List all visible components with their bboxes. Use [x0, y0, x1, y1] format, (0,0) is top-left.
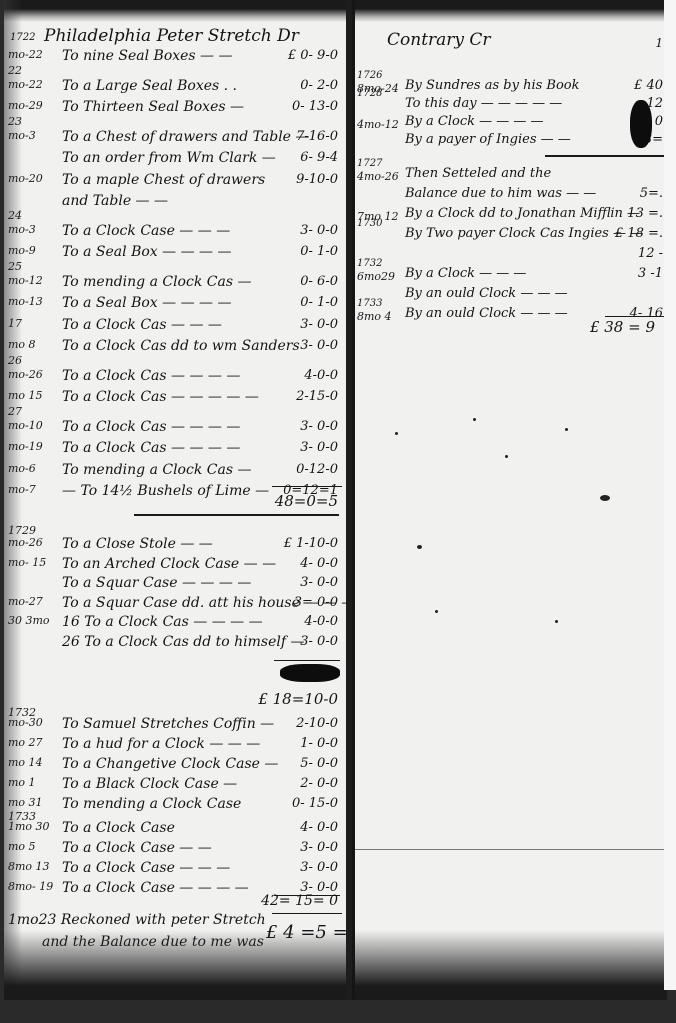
- ledger-row: mo-27To a Squar Case dd. att his house —…: [4, 595, 346, 615]
- entry-description: To this day — — — — —: [405, 96, 562, 111]
- entry-amount: 6- 9-4: [300, 150, 338, 165]
- entry-date: mo-6: [8, 462, 36, 475]
- page-shadow-top: [4, 0, 346, 22]
- entry-description: To a Chest of drawers and Table —: [62, 129, 309, 145]
- entry-date: mo-22: [8, 78, 43, 91]
- entry-description: By an ould Clock — — —: [405, 306, 568, 321]
- entry-description: To a Changetive Clock Case —: [62, 756, 278, 772]
- entry-description: To an order from Wm Clark —: [62, 150, 276, 166]
- entry-amount: 3- 0-0: [300, 223, 338, 238]
- ledger-row: mo- 15To an Arched Clock Case — —4- 0-0: [4, 556, 346, 576]
- entry-amount: £ 0- 9-0: [288, 48, 338, 63]
- ink-blot: [630, 100, 652, 148]
- entry-year: 1730: [357, 218, 382, 229]
- subtotal-rule-2: [274, 660, 340, 661]
- entry-date: 17: [8, 317, 22, 330]
- ledger-row: 1730By Two payer Clock Cas Ingies — —£ 1…: [355, 226, 667, 246]
- entry-year: 26: [8, 354, 22, 367]
- entry-amount: 2-10-0: [296, 716, 338, 731]
- entry-date: mo-9: [8, 244, 36, 257]
- entry-date: mo 1: [8, 776, 36, 789]
- credit-total-rule: [605, 316, 667, 317]
- entry-year: 1733: [357, 298, 382, 309]
- entry-date: mo-20: [8, 172, 43, 185]
- ledger-row: 4mo-12By a Clock — — — —0: [355, 114, 667, 134]
- entry-description: By Two payer Clock Cas Ingies — —: [405, 226, 643, 241]
- subtotal-2: £ 18=10-0: [258, 690, 338, 708]
- entry-description: To a Clock Case — —: [62, 840, 212, 856]
- ledger-row: mo-6To mending a Clock Cas —0-12-0: [4, 462, 346, 482]
- entry-amount: £ 1-10-0: [284, 536, 338, 551]
- ledger-row: 17326mo29By a Clock — — —3 -1: [355, 266, 667, 286]
- closing-line-1: 1mo23 Reckoned with peter Stretch: [8, 912, 266, 928]
- credit-rule: [545, 155, 667, 157]
- ledger-photo: 1722 Philadelphia Peter Stretch Dr mo-22…: [0, 0, 676, 1023]
- ledger-row: To a Squar Case — — — —3- 0-0: [4, 575, 346, 595]
- page-shadow-bottom: [4, 930, 346, 1000]
- page-heading-credit: Contrary Cr: [387, 30, 491, 50]
- heading-year: 1722: [10, 32, 35, 43]
- entry-year: 27: [8, 405, 22, 418]
- entry-date: 4mo-12: [357, 118, 399, 131]
- ledger-row: 8mo 13To a Clock Case — — —3- 0-0: [4, 860, 346, 880]
- entry-description: By an ould Clock — — —: [405, 286, 568, 301]
- ledger-row: mo-10To a Clock Cas — — — —3- 0-0: [4, 419, 346, 439]
- entry-amount: £ 40: [634, 78, 663, 93]
- entry-amount: 9-10-0: [296, 172, 338, 187]
- entry-date: mo-27: [8, 595, 43, 608]
- ledger-row: mo-26To a Close Stole — —£ 1-10-0: [4, 536, 346, 556]
- entry-date: mo- 15: [8, 556, 46, 569]
- entry-date: 30 3mo: [8, 614, 50, 627]
- entry-date: mo-10: [8, 419, 43, 432]
- ledger-row: mo-20To a maple Chest of drawers9-10-0: [4, 172, 346, 192]
- entry-amount: 3- 0-0: [300, 860, 338, 875]
- entry-date: mo-19: [8, 440, 43, 453]
- entry-description: To a hud for a Clock — — —: [62, 736, 260, 752]
- entry-description: To a Black Clock Case —: [62, 776, 237, 792]
- ledger-row: mo-22To nine Seal Boxes — —£ 0- 9-0: [4, 48, 346, 68]
- entry-description: To an Arched Clock Case — —: [62, 556, 276, 572]
- entry-date: mo 31: [8, 796, 43, 809]
- entry-date: 8mo 4: [357, 310, 392, 323]
- entry-amount: 2-15-0: [296, 389, 338, 404]
- ledger-row: To an order from Wm Clark —6- 9-4: [4, 150, 346, 170]
- entry-description: To a Clock Case — — —: [62, 860, 230, 876]
- entry-amount: 0- 2-0: [300, 78, 338, 93]
- entry-amount: 3 -1: [638, 266, 663, 281]
- entry-date: mo-26: [8, 368, 43, 381]
- entry-amount: 2- 0-0: [300, 776, 338, 791]
- entry-description: To nine Seal Boxes — —: [62, 48, 233, 64]
- entry-year: 1728: [357, 88, 382, 99]
- ledger-row: mo 14To a Changetive Clock Case —5- 0-0: [4, 756, 346, 776]
- subtotal-3: 42= 15= 0: [261, 893, 338, 909]
- entry-description: and Table — —: [62, 193, 168, 209]
- entry-description: To a Large Seal Boxes . .: [62, 78, 237, 94]
- ledger-row: mo 31To mending a Clock Case0- 15-0: [4, 796, 346, 816]
- entry-description: To a Seal Box — — — —: [62, 295, 232, 311]
- entry-description: By a Clock — — —: [405, 266, 526, 281]
- ledger-row: 30 3mo16 To a Clock Cas — — — —4-0-0: [4, 614, 346, 634]
- entry-description: To a Squar Case — — — —: [62, 575, 251, 591]
- ink-blot: [280, 664, 340, 682]
- subtotal-rule: [272, 486, 342, 487]
- ledger-row: mo-3To a Chest of drawers and Table —7-1…: [4, 129, 346, 149]
- ledger-row: mo 8To a Clock Cas dd to wm Sanders3- 0-…: [4, 338, 346, 358]
- entry-date: mo-3: [8, 223, 36, 236]
- entry-description: Then Setteled and the: [405, 166, 551, 181]
- entry-description: By a Clock dd to Jonathan Mifflin —: [405, 206, 640, 221]
- entry-description: 16 To a Clock Cas — — — —: [62, 614, 263, 630]
- entry-year: 1727: [357, 158, 382, 169]
- ledger-row: mo-12To mending a Clock Cas —0- 6-0: [4, 274, 346, 294]
- entry-description: To a Close Stole — —: [62, 536, 213, 552]
- right-page-credit: Contrary Cr 1 17268mo-24By Sundres as by…: [352, 0, 667, 1000]
- ledger-row: mo 5To a Clock Case — —3- 0-0: [4, 840, 346, 860]
- entry-date: mo-3: [8, 129, 36, 142]
- entry-description: 26 To a Clock Cas dd to himself —: [62, 634, 305, 650]
- ledger-row: and Table — —: [4, 193, 346, 213]
- entry-description: Balance due to him was — —: [405, 186, 596, 201]
- entry-description: To a Clock Cas — — — — —: [62, 389, 259, 405]
- entry-description: To mending a Clock Case: [62, 796, 241, 812]
- entry-description: To a Clock Case: [62, 820, 175, 836]
- entry-year: 23: [8, 115, 22, 128]
- entry-description: By a payer of Ingies — —: [405, 132, 571, 147]
- ledger-row: mo-3To a Clock Case — — —3- 0-0: [4, 223, 346, 243]
- entry-description: To a Clock Cas — — — —: [62, 368, 240, 384]
- page-edge: [664, 0, 676, 990]
- ledger-row: 7mo 12By a Clock dd to Jonathan Mifflin …: [355, 206, 667, 226]
- entry-amount: 4- 0-0: [300, 820, 338, 835]
- entry-amount: 0- 1-0: [300, 244, 338, 259]
- entry-amount: 3= 0-0: [294, 595, 338, 610]
- entry-amount: 4- 0-0: [300, 556, 338, 571]
- entry-description: To mending a Clock Cas —: [62, 462, 251, 478]
- entry-description: By Sundres as by his Book: [405, 78, 579, 93]
- ledger-row: mo-30To Samuel Stretches Coffin —2-10-0: [4, 716, 346, 736]
- entry-description: To a Clock Cas — — — —: [62, 419, 240, 435]
- ledger-row: 17To a Clock Cas — — —3- 0-0: [4, 317, 346, 337]
- entry-year: 25: [8, 260, 22, 273]
- entry-year: 22: [8, 64, 22, 77]
- section-divider: [134, 514, 339, 516]
- entry-description: To a Clock Case — — —: [62, 223, 230, 239]
- entry-year: 24: [8, 209, 22, 222]
- entry-amount: 0-12-0: [296, 462, 338, 477]
- left-page-debit: 1722 Philadelphia Peter Stretch Dr mo-22…: [4, 0, 348, 1000]
- entry-amount: £ 18 =.: [615, 226, 663, 241]
- entry-amount: 12 -: [638, 246, 663, 261]
- entry-amount: 5- 0-0: [300, 756, 338, 771]
- entry-date: mo 27: [8, 736, 43, 749]
- entry-date: 1mo 30: [8, 820, 50, 833]
- subtotal-1: 48=0=5: [275, 492, 338, 510]
- entry-description: To Samuel Stretches Coffin —: [62, 716, 274, 732]
- entry-amount: 4-0-0: [304, 368, 338, 383]
- entry-date: 4mo-26: [357, 170, 399, 183]
- ledger-row: mo-22To a Large Seal Boxes . .0- 2-0: [4, 78, 346, 98]
- entry-date: mo-30: [8, 716, 43, 729]
- ledger-row: mo-13To a Seal Box — — — —0- 1-0: [4, 295, 346, 315]
- entry-date: mo-13: [8, 295, 43, 308]
- page-corner-number: 1: [655, 36, 663, 50]
- entry-amount: 0- 1-0: [300, 295, 338, 310]
- entry-description: To a Clock Cas — — — —: [62, 440, 240, 456]
- entry-amount: 3- 0-0: [300, 440, 338, 455]
- ledger-row: mo 15To a Clock Cas — — — — —2-15-0: [4, 389, 346, 409]
- ledger-row: mo-19To a Clock Cas — — — —3- 0-0: [4, 440, 346, 460]
- page-heading-debit: Philadelphia Peter Stretch Dr: [44, 26, 299, 46]
- ledger-row: 17268mo-24By Sundres as by his Book£ 40: [355, 78, 667, 98]
- subtotal-rule-4: [272, 913, 342, 914]
- entry-date: mo-22: [8, 48, 43, 61]
- ledger-row: By an ould Clock — — —: [355, 286, 667, 306]
- ledger-row: 26 To a Clock Cas dd to himself —3- 0-0: [4, 634, 346, 654]
- entry-amount: 7-16-0: [296, 129, 338, 144]
- entry-amount: 0- 6-0: [300, 274, 338, 289]
- ledger-row: mo-29To Thirteen Seal Boxes —0- 13-0: [4, 99, 346, 119]
- entry-amount: 3- 0-0: [300, 634, 338, 649]
- entry-description: To a Clock Cas — — —: [62, 317, 222, 333]
- page-fold-line: [355, 849, 667, 850]
- entry-amount: 0- 15-0: [292, 796, 338, 811]
- entry-amount: 1- 0-0: [300, 736, 338, 751]
- entry-date: 8mo 13: [8, 860, 50, 873]
- ledger-row: 1mo 30To a Clock Case4- 0-0: [4, 820, 346, 840]
- entry-amount: 3- 0-0: [300, 338, 338, 353]
- entry-year: 1732: [357, 258, 382, 269]
- entry-amount: 0- 13-0: [292, 99, 338, 114]
- ledger-row: By a payer of Ingies — —3=: [355, 132, 667, 152]
- credit-total: £ 38 = 9: [590, 318, 655, 336]
- entry-description: To a maple Chest of drawers: [62, 172, 265, 188]
- entry-amount: 3- 0-0: [300, 840, 338, 855]
- page-shadow-top: [355, 0, 667, 22]
- entry-amount: 4-0-0: [304, 614, 338, 629]
- entry-date: mo 8: [8, 338, 36, 351]
- ledger-row: mo 27To a hud for a Clock — — —1- 0-0: [4, 736, 346, 756]
- ledger-row: mo-26To a Clock Cas — — — —4-0-0: [4, 368, 346, 388]
- entry-date: mo 5: [8, 840, 36, 853]
- entry-amount: 3- 0-0: [300, 575, 338, 590]
- entry-date: mo 15: [8, 389, 43, 402]
- entry-date: mo-26: [8, 536, 43, 549]
- entry-date: mo-29: [8, 99, 43, 112]
- ledger-row: Balance due to him was — —5=.: [355, 186, 667, 206]
- entry-description: To a Clock Case — — — —: [62, 880, 249, 896]
- ledger-row: mo-9To a Seal Box — — — —0- 1-0: [4, 244, 346, 264]
- entry-description: To a Clock Cas dd to wm Sanders: [62, 338, 300, 354]
- entry-description: To Thirteen Seal Boxes —: [62, 99, 244, 115]
- ledger-row: 12 -: [355, 246, 667, 266]
- entry-date: mo-12: [8, 274, 43, 287]
- entry-date: 6mo29: [357, 270, 395, 283]
- entry-description: To mending a Clock Cas —: [62, 274, 251, 290]
- page-shadow-bottom: [355, 930, 667, 1000]
- ledger-row: mo 1To a Black Clock Case —2- 0-0: [4, 776, 346, 796]
- entry-date: mo 14: [8, 756, 43, 769]
- ledger-row: 17274mo-26Then Setteled and the: [355, 166, 667, 186]
- entry-amount: 13 =.: [627, 206, 663, 221]
- entry-amount: 0: [655, 114, 663, 129]
- entry-description: By a Clock — — — —: [405, 114, 544, 129]
- entry-description: — To 14½ Bushels of Lime —: [62, 483, 269, 499]
- entry-date: 8mo- 19: [8, 880, 53, 893]
- entry-description: To a Seal Box — — — —: [62, 244, 232, 260]
- entry-amount: 5=.: [640, 186, 663, 201]
- entry-year: 1726: [357, 70, 382, 81]
- entry-date: mo-7: [8, 483, 36, 496]
- entry-amount: 3- 0-0: [300, 419, 338, 434]
- ledger-row: 1728To this day — — — — —12: [355, 96, 667, 116]
- entry-amount: 3- 0-0: [300, 317, 338, 332]
